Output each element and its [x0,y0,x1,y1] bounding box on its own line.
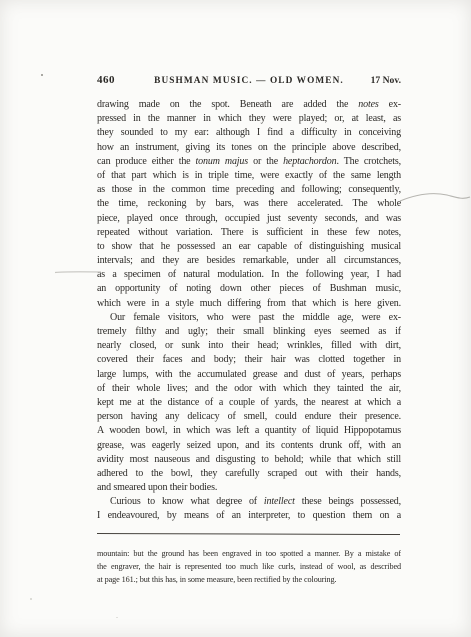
footnote-text: mountain: but the ground has been engrav… [97,547,401,586]
pencil-dash-mark [55,269,101,275]
text-line: nearly closed, or sunk into their head; … [97,339,401,353]
text-line: an opportunity of noting down other piec… [97,282,401,296]
text-line: kept me at the distance of a couple of y… [97,396,401,410]
text-line: drawing made on the spot. Beneath are ad… [97,98,401,112]
text-line: the time, reckoning by bars, was there a… [97,197,401,211]
text-line: of that part which is in triple time, we… [97,169,401,183]
text-line: tremely filthy and ugly; their small bli… [97,325,401,339]
text-line: intervals; and they are besides remarkab… [97,254,401,268]
text-line: how an instrument, giving its tones on t… [97,141,401,155]
text-line: at page 161.; but this has, in some meas… [97,573,401,586]
text-line: large lumps, with the accumulated grease… [97,368,401,382]
text-line: repeated without variation. There is suf… [97,226,401,240]
text-line: adhered to the bowl, they carefully scra… [97,467,401,481]
running-title: BUSHMAN MUSIC. — OLD WOMEN. [154,76,344,86]
text-line: I endeavoured, by means of an interprete… [97,509,401,523]
text-line: pressed in the manner in which they were… [97,112,401,126]
text-line: which were in a style much differing fro… [97,297,401,311]
text-line: mountain: but the ground has been engrav… [97,547,401,560]
scan-speck [116,617,118,618]
page-number: 460 [97,74,154,86]
page-header: 460 BUSHMAN MUSIC. — OLD WOMEN. 17 Nov. [97,74,401,86]
book-page: 460 BUSHMAN MUSIC. — OLD WOMEN. 17 Nov. … [0,0,471,637]
text-line: can produce either the tonum majus or th… [97,155,401,169]
pencil-squiggle-mark [399,191,471,205]
date-label: 17 Nov. [344,75,401,86]
text-line: Our female visitors, who were past the m… [97,311,401,325]
scan-speck [30,598,32,600]
text-line: grease, was eagerly seized upon, and its… [97,439,401,453]
text-line: A wooden bowl, in which was left a quant… [97,424,401,438]
text-line: and smeared upon their bodies. [97,481,401,495]
text-line: to show that he possessed an ear capable… [97,240,401,254]
text-line: person having any delicacy of smell, cou… [97,410,401,424]
text-line: of their whole lives; and the odor with … [97,382,401,396]
text-line: the engraver, the hair is represented to… [97,560,401,573]
footnote-separator [97,533,400,535]
text-line: covered their faces and body; their hair… [97,353,401,367]
text-line: piece, played once through, occupied jus… [97,212,401,226]
body-text: drawing made on the spot. Beneath are ad… [97,98,401,524]
scan-speck [41,74,43,76]
text-line: they sounded to my ear: although I find … [97,126,401,140]
text-line: as those in the common time preceding an… [97,183,401,197]
text-line: avidity most nauseous and disgusting to … [97,453,401,467]
text-line: as a specimen of natural modulation. In … [97,268,401,282]
text-line: Curious to know what degree of intellect… [97,495,401,509]
